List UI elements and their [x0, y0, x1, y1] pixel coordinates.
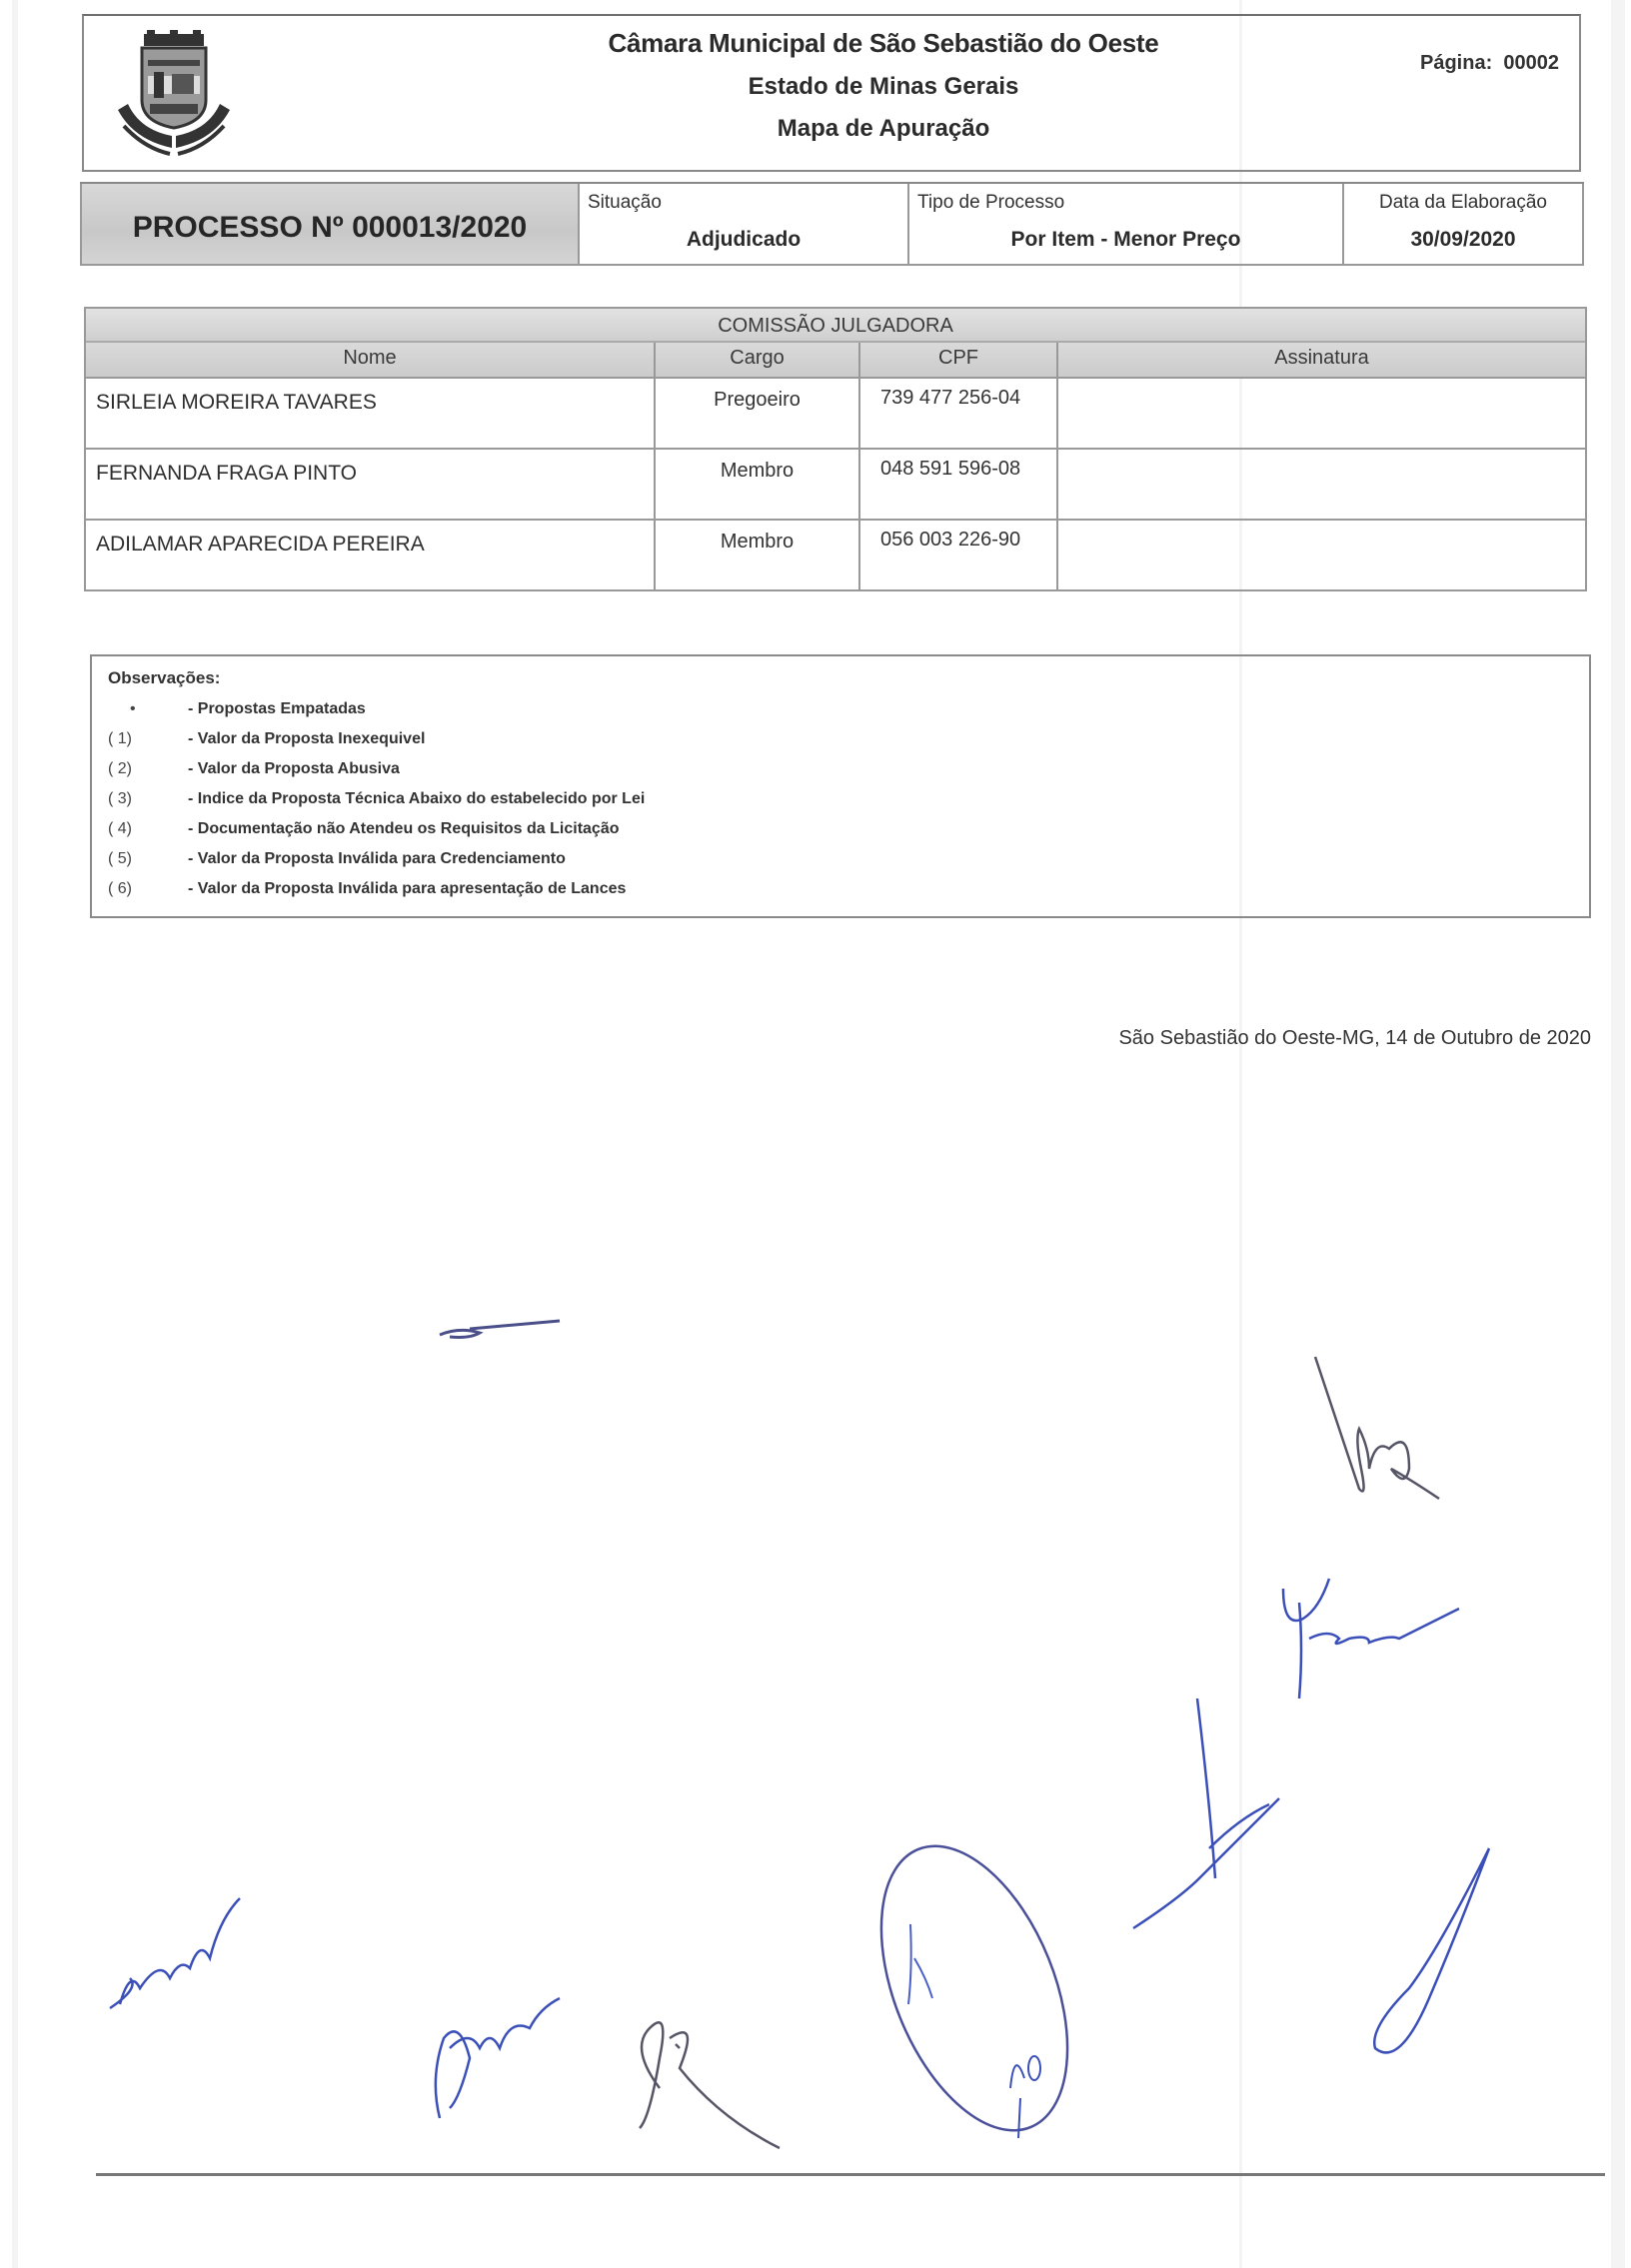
signature-mark [430, 1299, 580, 1349]
observation-item: ( 4) - Documentação não Atendeu os Requi… [108, 814, 1589, 844]
process-info-row: PROCESSO Nº 000013/2020 Situação Adjudic… [80, 182, 1584, 266]
coat-of-arms-icon [114, 30, 234, 158]
observation-code: ( 4) [108, 820, 188, 838]
scan-artifact [1611, 0, 1625, 2268]
member-signature [1058, 521, 1585, 589]
bottom-rule [96, 2173, 1605, 2176]
column-header-assinatura: Assinatura [1058, 343, 1585, 377]
observations-box: Observações: • - Propostas Empatadas ( 1… [90, 654, 1591, 918]
place-date: São Sebastião do Oeste-MG, 14 de Outubro… [1118, 1027, 1591, 1050]
tipo-processo-cell: Tipo de Processo Por Item - Menor Preço [909, 184, 1344, 266]
state-title: Estado de Minas Gerais [504, 73, 1263, 101]
tipo-processo-value: Por Item - Menor Preço [909, 228, 1342, 252]
observation-code: • [108, 700, 188, 718]
observation-code: ( 1) [108, 730, 188, 748]
observation-item: ( 2) - Valor da Proposta Abusiva [108, 754, 1589, 784]
observation-code: ( 5) [108, 850, 188, 868]
signature-mark [1299, 1349, 1499, 1519]
observation-item: ( 3) - Indice da Proposta Técnica Abaixo… [108, 784, 1589, 814]
table-row: ADILAMAR APARECIDA PEREIRA Membro 056 00… [86, 521, 1585, 589]
observation-item: ( 6) - Valor da Proposta Inválida para a… [108, 874, 1589, 904]
observation-item: ( 1) - Valor da Proposta Inexequivel [108, 724, 1589, 754]
observation-text: - Propostas Empatadas [188, 700, 366, 718]
data-elaboracao-cell: Data da Elaboração 30/09/2020 [1344, 184, 1584, 266]
signature-mark [620, 1978, 800, 2158]
commission-header-row: Nome Cargo CPF Assinatura [86, 343, 1585, 379]
commission-title: COMISSÃO JULGADORA [86, 309, 1585, 343]
institution-title: Câmara Municipal de São Sebastião do Oes… [504, 28, 1263, 59]
commission-table: COMISSÃO JULGADORA Nome Cargo CPF Assina… [84, 307, 1587, 591]
signature-mark [100, 1878, 260, 2018]
column-header-cpf: CPF [860, 343, 1058, 377]
table-row: FERNANDA FRAGA PINTO Membro 048 591 596-… [86, 450, 1585, 521]
observation-text: - Valor da Proposta Inexequivel [188, 730, 425, 748]
member-name: ADILAMAR APARECIDA PEREIRA [86, 521, 656, 589]
member-name: FERNANDA FRAGA PINTO [86, 450, 656, 519]
observation-code: ( 3) [108, 790, 188, 808]
tipo-processo-label: Tipo de Processo [917, 192, 1064, 214]
observation-text: - Documentação não Atendeu os Requisitos… [188, 820, 619, 838]
member-signature [1058, 450, 1585, 519]
observation-code: ( 6) [108, 880, 188, 898]
page-number: Página: 00002 [1420, 52, 1559, 75]
observations-title: Observações: [108, 668, 1589, 688]
member-role: Membro [656, 521, 860, 589]
signature-mark [420, 1978, 580, 2128]
situacao-value: Adjudicado [580, 228, 907, 252]
member-role: Membro [656, 450, 860, 519]
member-cpf: 056 003 226-90 [860, 521, 1058, 589]
process-number: PROCESSO Nº 000013/2020 [80, 184, 580, 266]
signature-mark [854, 1828, 1134, 2148]
member-cpf: 739 477 256-04 [860, 379, 1058, 448]
observation-text: - Valor da Proposta Inválida para aprese… [188, 880, 626, 898]
data-elaboracao-label: Data da Elaboração [1344, 192, 1582, 214]
document-subtitle: Mapa de Apuração [504, 115, 1263, 143]
member-role: Pregoeiro [656, 379, 860, 448]
observation-item: ( 5) - Valor da Proposta Inválida para C… [108, 844, 1589, 874]
page-value: 00002 [1503, 52, 1559, 74]
member-signature [1058, 379, 1585, 448]
table-row: SIRLEIA MOREIRA TAVARES Pregoeiro 739 47… [86, 379, 1585, 450]
page-label: Página: [1420, 52, 1492, 74]
column-header-nome: Nome [86, 343, 656, 377]
scan-artifact [12, 0, 18, 2268]
data-elaboracao-value: 30/09/2020 [1344, 228, 1582, 252]
observation-code: ( 2) [108, 760, 188, 778]
situacao-cell: Situação Adjudicado [580, 184, 909, 266]
observation-text: - Indice da Proposta Técnica Abaixo do e… [188, 790, 645, 808]
signature-mark [1119, 1679, 1339, 1938]
observation-text: - Valor da Proposta Abusiva [188, 760, 400, 778]
document-header: Câmara Municipal de São Sebastião do Oes… [82, 14, 1581, 172]
observation-item: • - Propostas Empatadas [108, 694, 1589, 724]
situacao-label: Situação [588, 192, 662, 214]
observation-text: - Valor da Proposta Inválida para Creden… [188, 850, 566, 868]
member-cpf: 048 591 596-08 [860, 450, 1058, 519]
member-name: SIRLEIA MOREIRA TAVARES [86, 379, 656, 448]
signature-mark [1359, 1838, 1519, 2078]
column-header-cargo: Cargo [656, 343, 860, 377]
